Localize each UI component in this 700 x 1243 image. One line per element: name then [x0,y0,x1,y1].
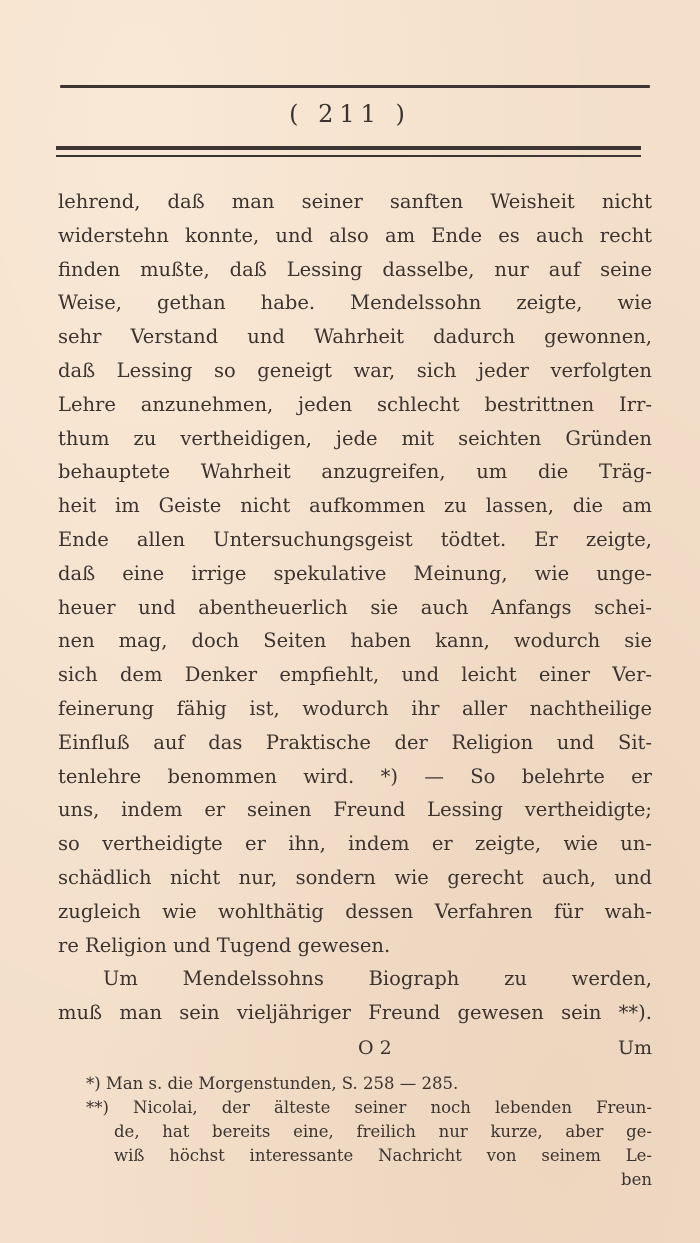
body-text: lehrend, daß man seiner sanften Weisheit… [58,185,652,1030]
text-line: Weise, gethan habe. Mendelssohn zeigte, … [58,286,652,320]
text-line: nen mag, doch Seiten haben kann, wodurch… [58,624,652,658]
text-line: muß man sein vieljähriger Freund gewesen… [58,996,652,1030]
text-line: daß Lessing so geneigt war, sich jeder v… [58,354,652,388]
footnote-catchword: ben [86,1168,652,1192]
text-line: so vertheidigte er ihn, indem er zeigte,… [58,827,652,861]
footnote-1: *) Man s. die Morgenstunden, S. 258 — 28… [86,1072,652,1096]
printer-signature: O 2 [358,1037,392,1059]
text-line: uns, indem er seinen Freund Lessing vert… [58,793,652,827]
text-line: thum zu vertheidigen, jede mit seichten … [58,422,652,456]
footnote-2-cont: wiß höchst interessante Nachricht von se… [86,1144,652,1168]
text-line: daß eine irrige spekulative Meinung, wie… [58,557,652,591]
text-line: Lehre anzunehmen, jeden schlecht bestrit… [58,388,652,422]
text-line: Um Mendelssohns Biograph zu werden, [58,962,652,996]
text-line: zugleich wie wohlthätig dessen Verfahren… [58,895,652,929]
text-line: sich dem Denker empfiehlt, und leicht ei… [58,658,652,692]
footnote-2: **) Nicolai, der älteste seiner noch leb… [86,1096,652,1120]
signature-row: O 2 Um [58,1037,652,1067]
text-line: behauptete Wahrheit anzugreifen, um die … [58,455,652,489]
text-line: heuer und abentheuerlich sie auch Anfang… [58,591,652,625]
text-line: finden mußte, daß Lessing dasselbe, nur … [58,253,652,287]
footnote-2-cont: de, hat bereits eine, freilich nur kurze… [86,1120,652,1144]
footnotes: *) Man s. die Morgenstunden, S. 258 — 28… [86,1072,652,1192]
text-line: Ende allen Untersuchungsgeist tödtet. Er… [58,523,652,557]
text-line: lehrend, daß man seiner sanften Weisheit… [58,185,652,219]
text-line: re Religion und Tugend gewesen. [58,929,652,963]
text-line: feinerung fähig ist, wodurch ihr aller n… [58,692,652,726]
header-double-rule-thick [56,146,641,150]
page-number: ( 211 ) [0,100,700,128]
text-line: Einfluß auf das Praktische der Religion … [58,726,652,760]
text-line: schädlich nicht nur, sondern wie gerecht… [58,861,652,895]
book-page: ( 211 ) lehrend, daß man seiner sanften … [0,0,700,1243]
text-line: widerstehn konnte, und also am Ende es a… [58,219,652,253]
catchword: Um [618,1037,652,1059]
text-line: sehr Verstand und Wahrheit dadurch gewon… [58,320,652,354]
header-double-rule-thin [56,155,641,157]
text-line: heit im Geiste nicht aufkommen zu lassen… [58,489,652,523]
header-rule [60,85,650,88]
text-line: tenlehre benommen wird. *) — So belehrte… [58,760,652,794]
